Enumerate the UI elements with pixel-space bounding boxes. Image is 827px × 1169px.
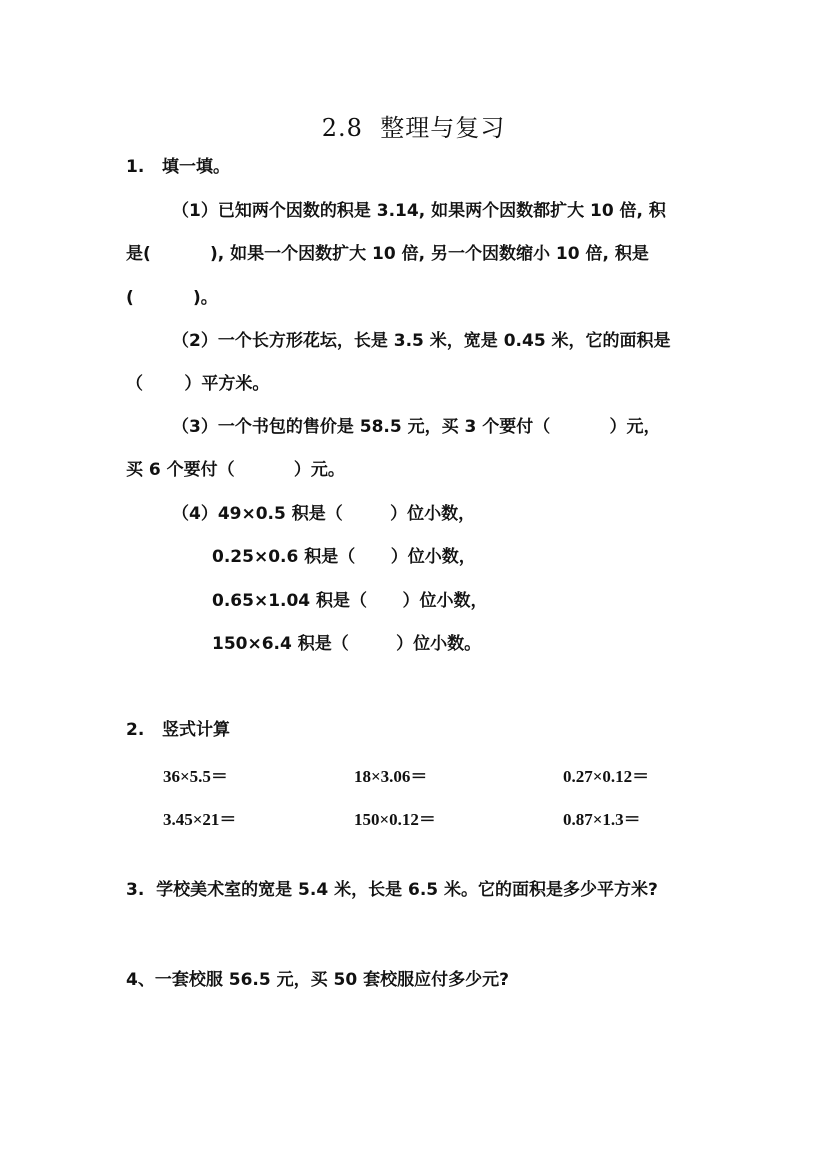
calc-item: 3.45×21＝	[163, 805, 236, 830]
q2-line2: （ ）平方米。	[126, 372, 269, 396]
calc-item: 36×5.5＝	[163, 762, 228, 787]
q1-line2: 是( ), 如果一个因数扩大 10 倍, 另一个因数缩小 10 倍, 积是	[126, 242, 649, 266]
section2-heading: 2. 竖式计算	[126, 718, 230, 742]
page-title: 2.8 整理与复习	[0, 108, 827, 143]
q4-line3: 0.65×1.04 积是（ ）位小数，	[212, 589, 488, 613]
calc-item: 150×0.12＝	[354, 805, 436, 830]
calc-item: 0.27×0.12＝	[563, 762, 649, 787]
q1-line3: ( )。	[126, 286, 218, 310]
q4-line2: 0.25×0.6 积是（ ）位小数，	[212, 545, 476, 569]
calc-item: 18×3.06＝	[354, 762, 427, 787]
section4-question: 4、一套校服 56.5 元，买 50 套校服应付多少元?	[126, 965, 509, 990]
q4-line4: 150×6.4 积是（ ）位小数。	[212, 632, 481, 656]
section1-heading: 1. 填一填。	[126, 155, 230, 179]
q1-line1: （1）已知两个因数的积是 3.14, 如果两个因数都扩大 10 倍, 积	[172, 199, 666, 223]
section3-question: 3. 学校美术室的宽是 5.4 米，长是 6.5 米。它的面积是多少平方米?	[126, 875, 658, 900]
q3-line1: （3）一个书包的售价是 58.5 元，买 3 个要付（ ）元，	[172, 415, 660, 439]
calc-item: 0.87×1.3＝	[563, 805, 641, 830]
q4-line1: （4）49×0.5 积是（ ）位小数，	[172, 502, 475, 526]
q2-line1: （2）一个长方形花坛，长是 3.5 米，宽是 0.45 米，它的面积是	[172, 329, 671, 353]
q3-line2: 买 6 个要付（ ）元。	[126, 458, 345, 482]
